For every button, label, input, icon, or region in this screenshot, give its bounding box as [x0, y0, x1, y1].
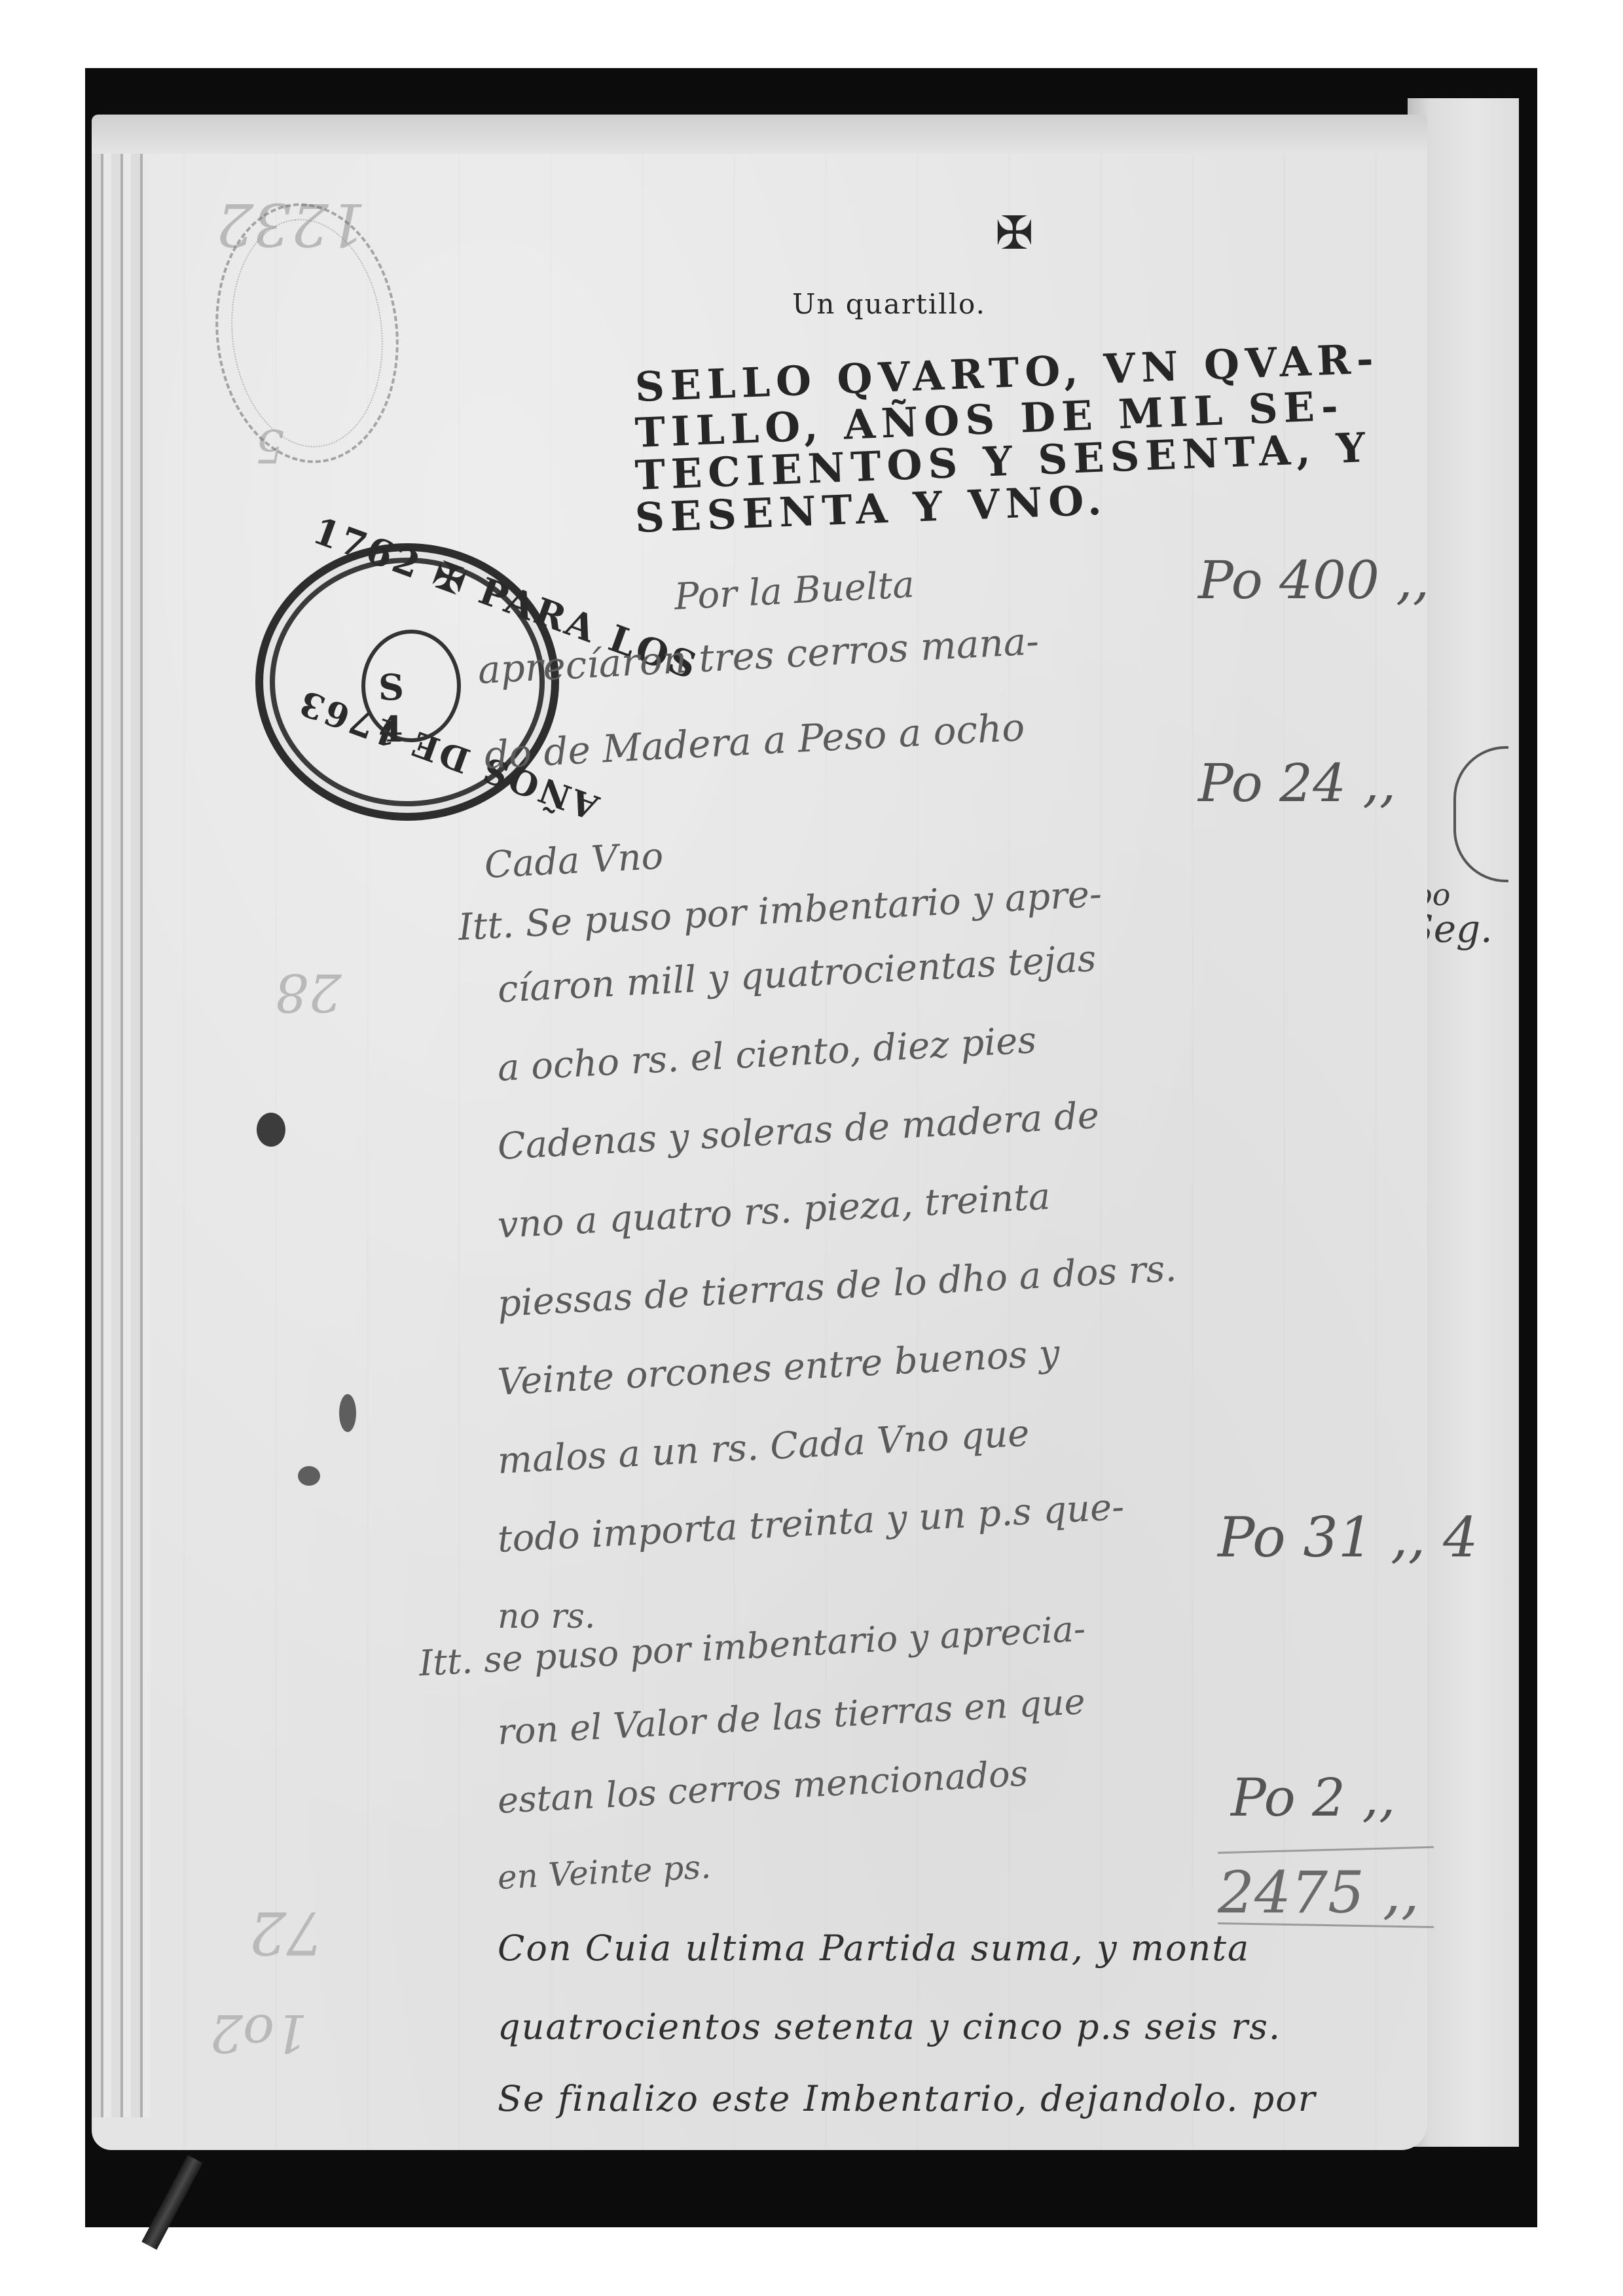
seal-center: S 4: [361, 630, 461, 742]
entry-amount: Po 2 ,,: [1231, 1767, 1395, 1828]
closing-line: Se finalizo este Imbentario, dejandolo. …: [498, 2078, 1317, 2119]
closing-line: Con Cuia ultima Partida suma, y monta: [498, 1928, 1250, 1969]
closing-line: quatrocientos setenta y cinco p.s seis r…: [498, 2006, 1281, 2047]
cross-icon: ✠: [995, 206, 1034, 260]
page-top-edge: [92, 115, 1427, 154]
ink-blot: [257, 1113, 285, 1147]
margin-bracket: [1453, 746, 1508, 882]
ink-blot: [298, 1466, 320, 1486]
entry-line: no rs.: [498, 1597, 595, 1636]
bleed-number: 1o2: [210, 2003, 308, 2064]
total-amount: 2475 ,,: [1218, 1859, 1419, 1926]
entry-amount: Po 24 ,,: [1198, 753, 1396, 814]
seal-center-text: S 4: [378, 666, 457, 750]
entry-amount: Po 400 ,,: [1198, 550, 1429, 611]
stamp-value: Un quartillo.: [792, 288, 986, 320]
entry-amount: Po 31 ,, 4: [1218, 1505, 1478, 1570]
bleed-number: 72: [249, 1898, 324, 1967]
page-left-folds: [92, 154, 151, 2117]
ink-blot: [339, 1394, 356, 1432]
bleed-number: 28: [275, 962, 342, 1023]
